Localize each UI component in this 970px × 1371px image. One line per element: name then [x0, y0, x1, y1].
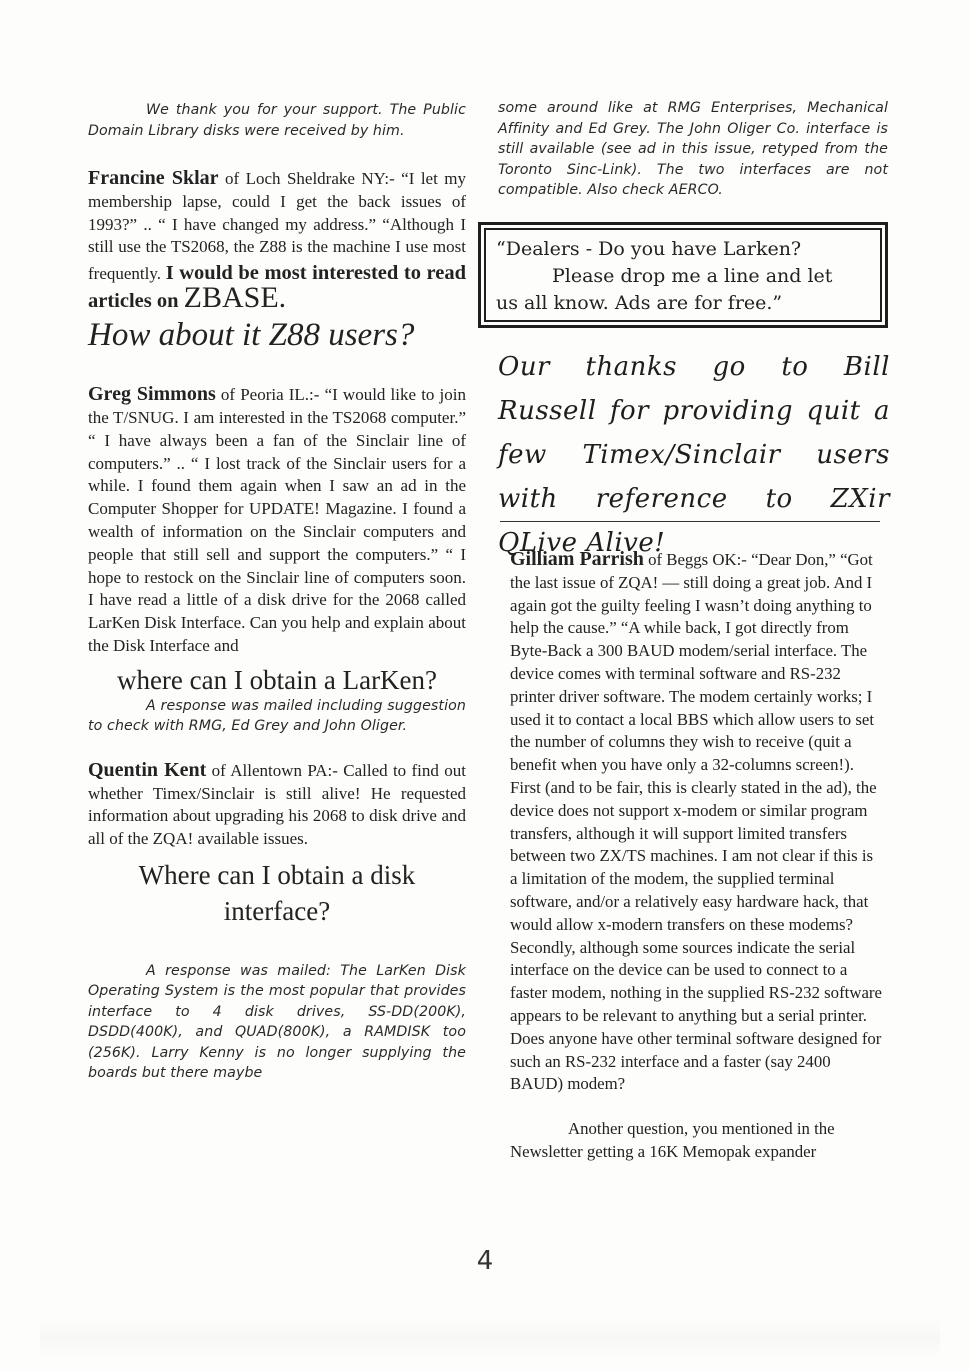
letter-quentin-kent: Quentin Kent of Allentown PA:- Called to…	[88, 759, 466, 851]
response-text: A response was mailed including suggesti…	[88, 698, 466, 735]
right-column-bottom: Gilliam Parrish of Beggs OK:- “Dear Don,…	[510, 548, 882, 1164]
left-column: We thank you for your support. The Publi…	[88, 100, 466, 1084]
letter-topic: ZBASE.	[184, 281, 287, 314]
letter-author: Quentin Kent	[88, 759, 206, 781]
letter-author: Gilliam Parrish	[510, 548, 644, 570]
response-text: A response was mailed: The LarKen Disk O…	[88, 963, 466, 1082]
page-number: 4	[0, 1246, 970, 1276]
intro-response: We thank you for your support. The Publi…	[88, 100, 466, 141]
letter-gilliam-parrish: Gilliam Parrish of Beggs OK:- “Dear Don,…	[510, 548, 882, 1096]
dealer-line-3: us all know. Ads are for free.”	[496, 290, 870, 317]
letter-francine-sklar: Francine Sklar of Loch Sheldrake NY:- “I…	[88, 167, 466, 315]
dealer-line-1: “Dealers - Do you have Larken?	[496, 236, 870, 263]
letter-body: of Beggs OK:- “Dear Don,” “Got the last …	[510, 550, 882, 1093]
response-continued: some around like at RMG Enterprises, Mec…	[498, 98, 888, 201]
thanks-script: Our thanks go to Bill Russell for provid…	[498, 345, 890, 565]
letter-author: Francine Sklar	[88, 167, 219, 189]
letter-gilliam-continued: Another question, you mentioned in the N…	[510, 1118, 882, 1164]
response-greg: A response was mailed including suggesti…	[88, 696, 466, 737]
letter-greg-simmons: Greg Simmons of Peoria IL.:- “I would li…	[88, 383, 466, 658]
dealer-notice-box: “Dealers - Do you have Larken? Please dr…	[478, 222, 888, 328]
dealer-notice: “Dealers - Do you have Larken? Please dr…	[484, 228, 882, 322]
headline-larken: where can I obtain a LarKen?	[88, 664, 466, 696]
dealer-line-2-wrap: Please drop me a line and let	[496, 263, 870, 290]
intro-response-text: We thank you for your support. The Publi…	[88, 102, 466, 139]
dealer-line-2: Please drop me a line and let	[552, 265, 832, 287]
response-quentin: A response was mailed: The LarKen Disk O…	[88, 961, 466, 1084]
right-column-top: some around like at RMG Enterprises, Mec…	[498, 98, 888, 201]
paper-show-through	[40, 1318, 940, 1358]
headline-disk-interface: Where can I obtain a disk interface?	[88, 857, 466, 929]
newsletter-page: We thank you for your support. The Publi…	[0, 0, 970, 1371]
letter-body: of Peoria IL.:- “I would like to join th…	[88, 385, 466, 655]
section-divider	[500, 521, 880, 522]
letter-author: Greg Simmons	[88, 383, 216, 405]
headline-z88: How about it Z88 users?	[88, 315, 466, 355]
letter-body-continued: Another question, you mentioned in the N…	[510, 1119, 835, 1161]
